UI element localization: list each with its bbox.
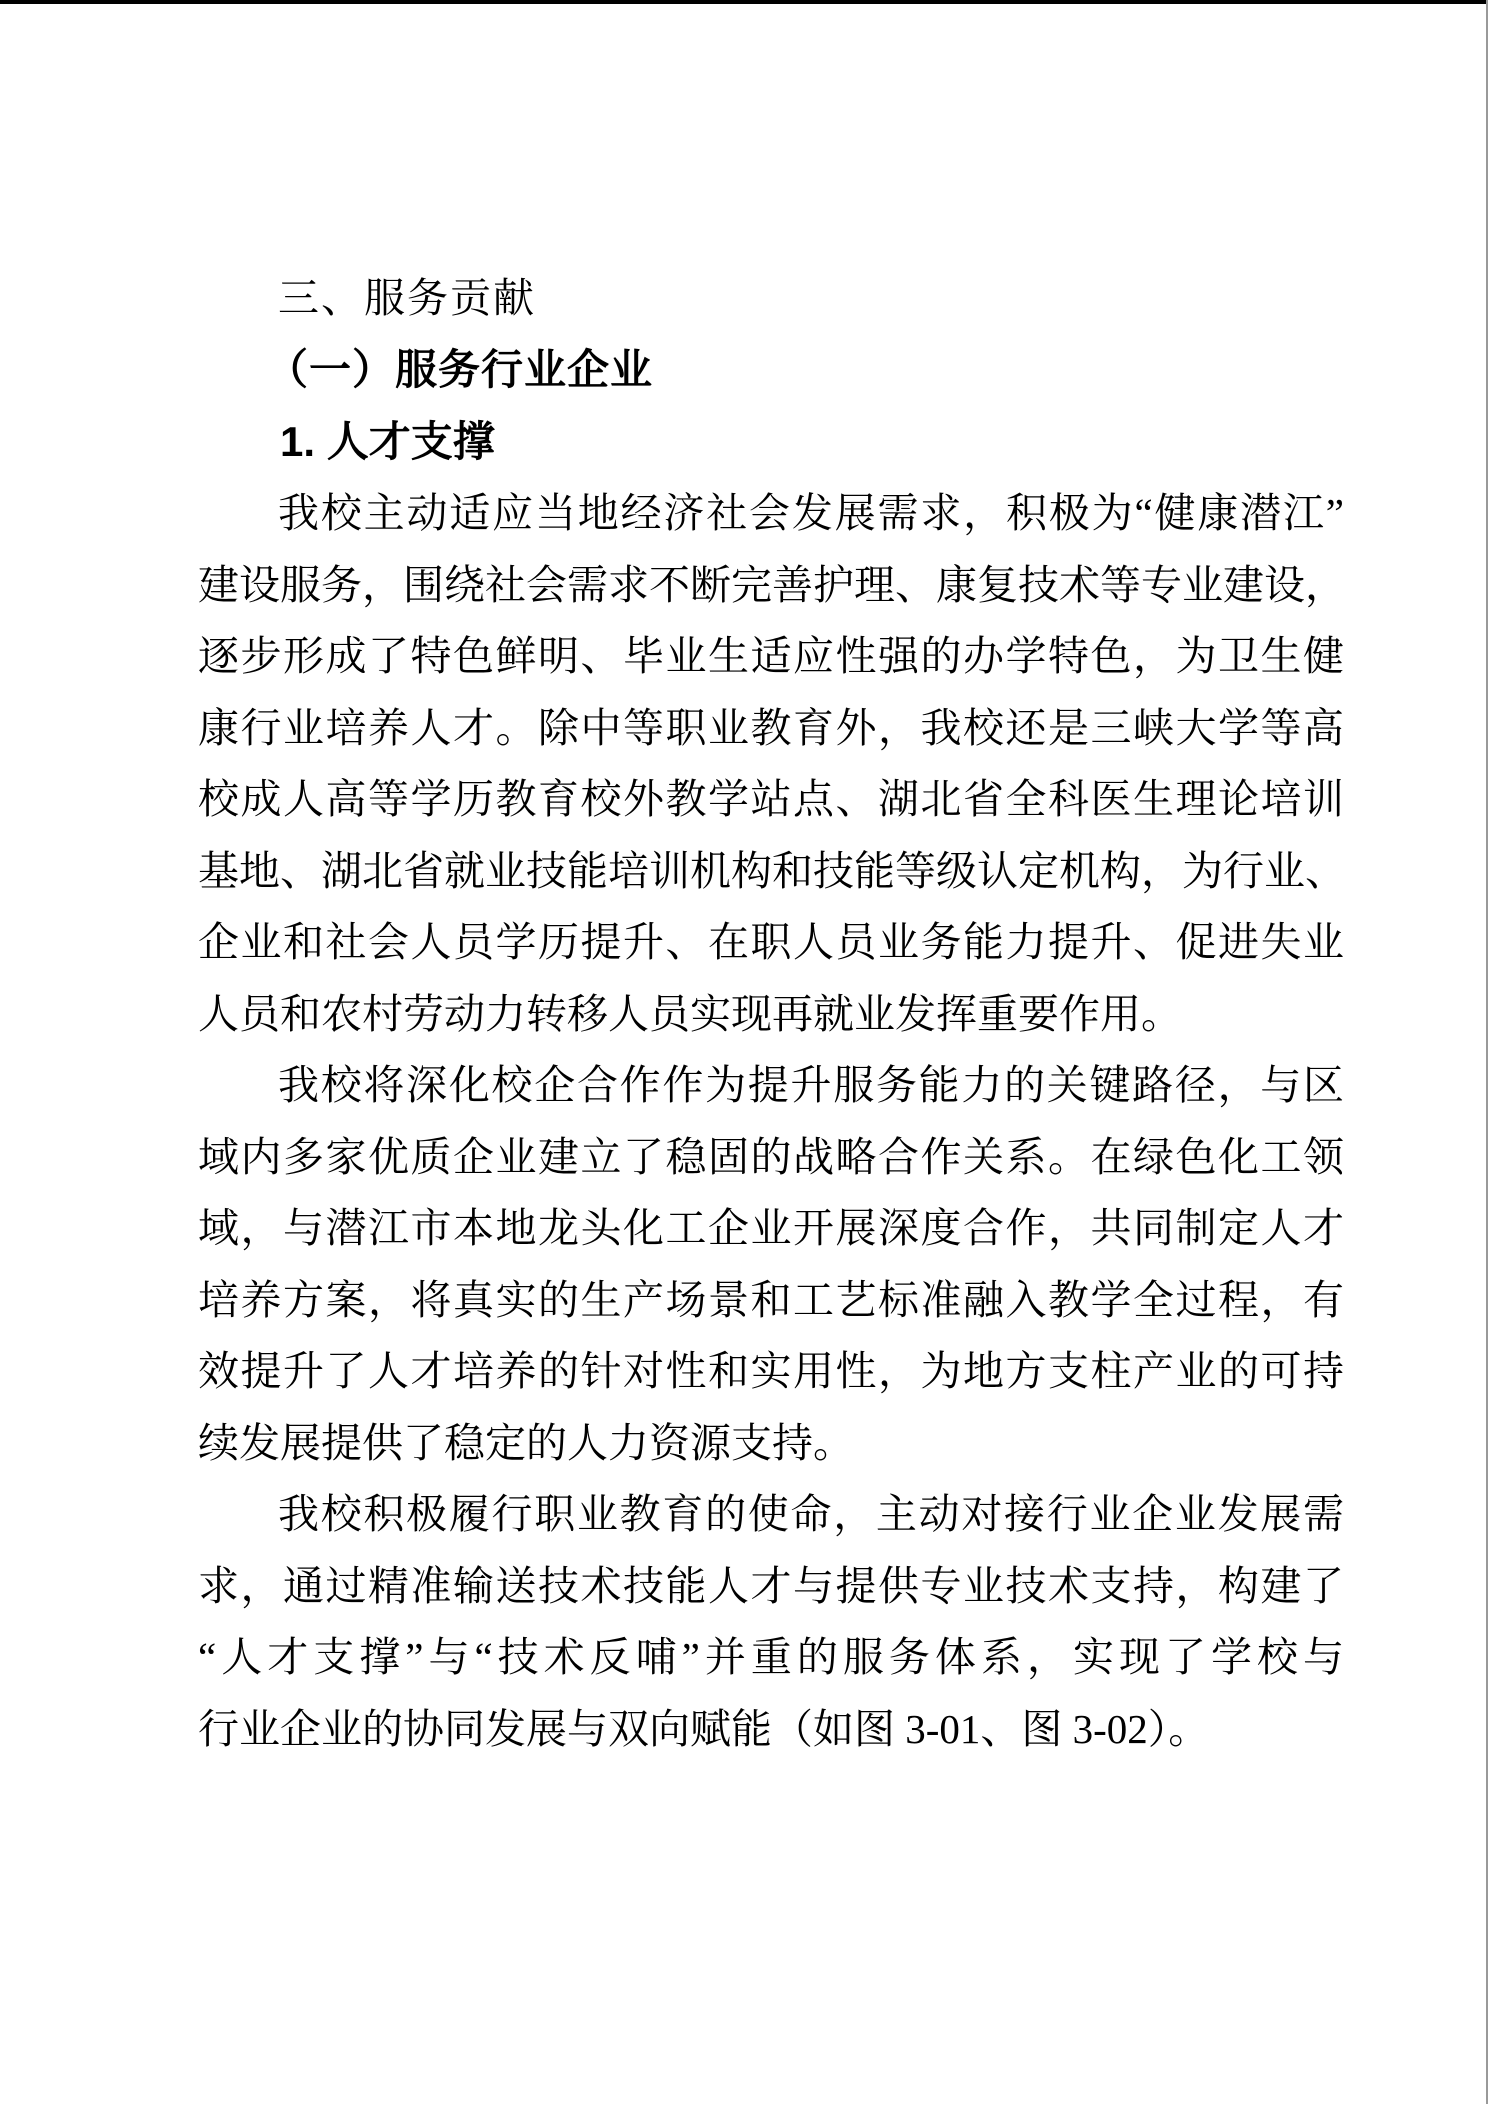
paragraph-3: 我校积极履行职业教育的使命，主动对接行业企业发展需 求，通过精准输送技术技能人才…	[198, 1479, 1344, 1765]
text-line: 求，通过精准输送技术技能人才与提供专业技术支持，构建了	[198, 1551, 1344, 1623]
text-line: 域内多家优质企业建立了稳固的战略合作关系。在绿色化工领	[198, 1122, 1344, 1194]
page-content: 三、服务贡献 （一）服务行业企业 1. 人才支撑 我校主动适应当地经济社会发展需…	[198, 262, 1344, 1765]
paragraph-2: 我校将深化校企合作作为提升服务能力的关键路径，与区 域内多家优质企业建立了稳固的…	[198, 1050, 1344, 1479]
text-line: 基地、湖北省就业技能培训机构和技能等级认定机构，为行业、	[198, 836, 1344, 908]
section-heading: 三、服务贡献	[198, 262, 1344, 334]
text-line: 行业企业的协同发展与双向赋能（如图 3-01、图 3-02）。	[198, 1694, 1344, 1766]
text-line: 人员和农村劳动力转移人员实现再就业发挥重要作用。	[198, 979, 1344, 1051]
text-line: “人才支撑”与“技术反哺”并重的服务体系，实现了学校与	[198, 1622, 1344, 1694]
text-line: 逐步形成了特色鲜明、毕业生适应性强的办学特色，为卫生健	[198, 621, 1344, 693]
text-line: 效提升了人才培养的针对性和实用性，为地方支柱产业的可持	[198, 1336, 1344, 1408]
point-heading: 1. 人才支撑	[198, 406, 1344, 478]
page-top-edge	[0, 0, 1488, 4]
text-line: 我校主动适应当地经济社会发展需求，积极为“健康潜江”	[198, 478, 1344, 550]
text-line: 校成人高等学历教育校外教学站点、湖北省全科医生理论培训	[198, 764, 1344, 836]
text-line: 建设服务，围绕社会需求不断完善护理、康复技术等专业建设，	[198, 550, 1344, 622]
text-line: 域，与潜江市本地龙头化工企业开展深度合作，共同制定人才	[198, 1193, 1344, 1265]
text-line: 我校将深化校企合作作为提升服务能力的关键路径，与区	[198, 1050, 1344, 1122]
text-line: 我校积极履行职业教育的使命，主动对接行业企业发展需	[198, 1479, 1344, 1551]
text-line: 续发展提供了稳定的人力资源支持。	[198, 1408, 1344, 1480]
text-line: 康行业培养人才。除中等职业教育外，我校还是三峡大学等高	[198, 693, 1344, 765]
subsection-heading: （一）服务行业企业	[198, 334, 1344, 406]
text-line: 培养方案，将真实的生产场景和工艺标准融入教学全过程，有	[198, 1265, 1344, 1337]
paragraph-1: 我校主动适应当地经济社会发展需求，积极为“健康潜江” 建设服务，围绕社会需求不断…	[198, 478, 1344, 1050]
document-page: 三、服务贡献 （一）服务行业企业 1. 人才支撑 我校主动适应当地经济社会发展需…	[0, 0, 1488, 2104]
text-line: 企业和社会人员学历提升、在职人员业务能力提升、促进失业	[198, 907, 1344, 979]
